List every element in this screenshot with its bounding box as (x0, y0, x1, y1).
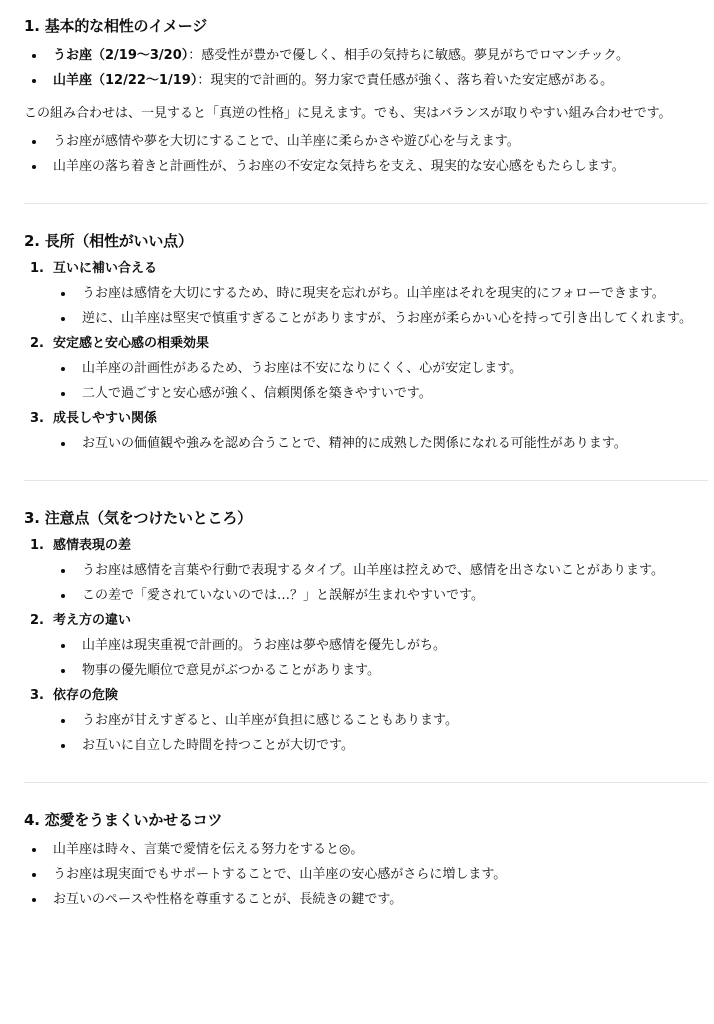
bullet-list: うお座は感情を大切にするため、時に現実を忘れがち。山羊座はそれを現実的にフォロー… (24, 281, 706, 331)
bullet-list: 山羊座は現実重視で計画的。うお座は夢や感情を優先しがち。 物事の優先順位で意見が… (24, 633, 706, 683)
list-item: 物事の優先順位で意見がぶつかることがあります。 (24, 658, 706, 683)
list-item: うお座は感情を言葉や行動で表現するタイプ。山羊座は控えめで、感情を出さないことが… (24, 558, 706, 583)
item-heading-text: 安定感と安心感の相乗効果 (53, 336, 209, 351)
bullet-list: うお座が感情や夢を大切にすることで、山羊座に柔らかさや遊び心を与えます。 山羊座… (24, 129, 706, 179)
item-heading: 2.考え方の違い (24, 608, 706, 633)
item-heading-text: 感情表現の差 (53, 538, 131, 553)
bullet-list: お互いの価値観や強みを認め合うことで、精神的に成熟した関係になれる可能性がありま… (24, 431, 706, 456)
item-number: 3. (30, 406, 44, 431)
section-cautions: 3. 注意点（気をつけたいところ） 1.感情表現の差 うお座は感情を言葉や行動で… (24, 481, 706, 758)
bullet-list: 山羊座の計画性があるため、うお座は不安になりにくく、心が安定します。 二人で過ご… (24, 356, 706, 406)
item-heading: 2.安定感と安心感の相乗効果 (24, 331, 706, 356)
numbered-list: 1.感情表現の差 うお座は感情を言葉や行動で表現するタイプ。山羊座は控えめで、感… (24, 533, 706, 758)
numbered-item: 2.考え方の違い 山羊座は現実重視で計画的。うお座は夢や感情を優先しがち。 物事… (24, 608, 706, 683)
list-item: お互いの価値観や強みを認め合うことで、精神的に成熟した関係になれる可能性がありま… (24, 431, 706, 456)
list-item: 山羊座は時々、言葉で愛情を伝える努力をすると◎。 (24, 837, 706, 862)
numbered-list: 1.互いに補い合える うお座は感情を大切にするため、時に現実を忘れがち。山羊座は… (24, 256, 706, 456)
item-number: 1. (30, 533, 44, 558)
sign-description: ：現実的で計画的。努力家で責任感が強く、落ち着いた安定感がある。 (197, 73, 613, 88)
item-heading-text: 考え方の違い (53, 613, 131, 628)
list-item: うお座は現実面でもサポートすることで、山羊座の安心感がさらに増します。 (24, 862, 706, 887)
list-item: 逆に、山羊座は堅実で慎重すぎることがありますが、うお座が柔らかい心を持って引き出… (24, 306, 706, 331)
numbered-item: 3.成長しやすい関係 お互いの価値観や強みを認め合うことで、精神的に成熟した関係… (24, 406, 706, 456)
section-love-tips: 4. 恋愛をうまくいかせるコツ 山羊座は時々、言葉で愛情を伝える努力をすると◎。… (24, 783, 706, 912)
numbered-item: 2.安定感と安心感の相乗効果 山羊座の計画性があるため、うお座は不安になりにくく… (24, 331, 706, 406)
sign-description: ：感受性が豊かで優しく、相手の気持ちに敏感。夢見がちでロマンチック。 (188, 48, 629, 63)
item-number: 3. (30, 683, 44, 708)
section-basic-compatibility: 1. 基本的な相性のイメージ うお座（2/19〜3/20）：感受性が豊かで優しく… (24, 0, 706, 179)
item-heading-text: 成長しやすい関係 (53, 411, 157, 426)
paragraph: この組み合わせは、一見すると「真逆の性格」に見えます。でも、実はバランスが取りや… (24, 101, 706, 126)
item-number: 2. (30, 608, 44, 633)
list-item-capricorn: 山羊座（12/22〜1/19）：現実的で計画的。努力家で責任感が強く、落ち着いた… (24, 68, 706, 93)
section-strengths: 2. 長所（相性がいい点） 1.互いに補い合える うお座は感情を大切にするため、… (24, 204, 706, 456)
sign-name: うお座（2/19〜3/20） (53, 48, 188, 63)
item-number: 1. (30, 256, 44, 281)
section-title: 4. 恋愛をうまくいかせるコツ (24, 809, 706, 831)
list-item: この差で「愛されていないのでは…？」と誤解が生まれやすいです。 (24, 583, 706, 608)
bullet-list: うお座が甘えすぎると、山羊座が負担に感じることもあります。 お互いに自立した時間… (24, 708, 706, 758)
document: 1. 基本的な相性のイメージ うお座（2/19〜3/20）：感受性が豊かで優しく… (0, 0, 714, 912)
item-heading: 3.成長しやすい関係 (24, 406, 706, 431)
list-item: 山羊座の落ち着きと計画性が、うお座の不安定な気持ちを支え、現実的な安心感をもたら… (24, 154, 706, 179)
list-item: うお座が感情や夢を大切にすることで、山羊座に柔らかさや遊び心を与えます。 (24, 129, 706, 154)
section-title: 2. 長所（相性がいい点） (24, 230, 706, 252)
sign-name: 山羊座（12/22〜1/19） (53, 73, 197, 88)
item-heading-text: 互いに補い合える (53, 261, 157, 276)
list-item: 二人で過ごすと安心感が強く、信頼関係を築きやすいです。 (24, 381, 706, 406)
list-item: 山羊座の計画性があるため、うお座は不安になりにくく、心が安定します。 (24, 356, 706, 381)
numbered-item: 3.依存の危険 うお座が甘えすぎると、山羊座が負担に感じることもあります。 お互… (24, 683, 706, 758)
list-item-pisces: うお座（2/19〜3/20）：感受性が豊かで優しく、相手の気持ちに敏感。夢見がち… (24, 43, 706, 68)
item-number: 2. (30, 331, 44, 356)
list-item: うお座は感情を大切にするため、時に現実を忘れがち。山羊座はそれを現実的にフォロー… (24, 281, 706, 306)
numbered-item: 1.互いに補い合える うお座は感情を大切にするため、時に現実を忘れがち。山羊座は… (24, 256, 706, 331)
item-heading: 1.互いに補い合える (24, 256, 706, 281)
item-heading: 3.依存の危険 (24, 683, 706, 708)
bullet-list: うお座は感情を言葉や行動で表現するタイプ。山羊座は控えめで、感情を出さないことが… (24, 558, 706, 608)
section-title: 3. 注意点（気をつけたいところ） (24, 507, 706, 529)
list-item: うお座が甘えすぎると、山羊座が負担に感じることもあります。 (24, 708, 706, 733)
section-title: 1. 基本的な相性のイメージ (24, 15, 706, 37)
bullet-list: 山羊座は時々、言葉で愛情を伝える努力をすると◎。 うお座は現実面でもサポートする… (24, 837, 706, 912)
list-item: 山羊座は現実重視で計画的。うお座は夢や感情を優先しがち。 (24, 633, 706, 658)
list-item: お互いのペースや性格を尊重することが、長続きの鍵です。 (24, 887, 706, 912)
sign-list: うお座（2/19〜3/20）：感受性が豊かで優しく、相手の気持ちに敏感。夢見がち… (24, 43, 706, 93)
list-item: お互いに自立した時間を持つことが大切です。 (24, 733, 706, 758)
numbered-item: 1.感情表現の差 うお座は感情を言葉や行動で表現するタイプ。山羊座は控えめで、感… (24, 533, 706, 608)
item-heading: 1.感情表現の差 (24, 533, 706, 558)
item-heading-text: 依存の危険 (53, 688, 118, 703)
